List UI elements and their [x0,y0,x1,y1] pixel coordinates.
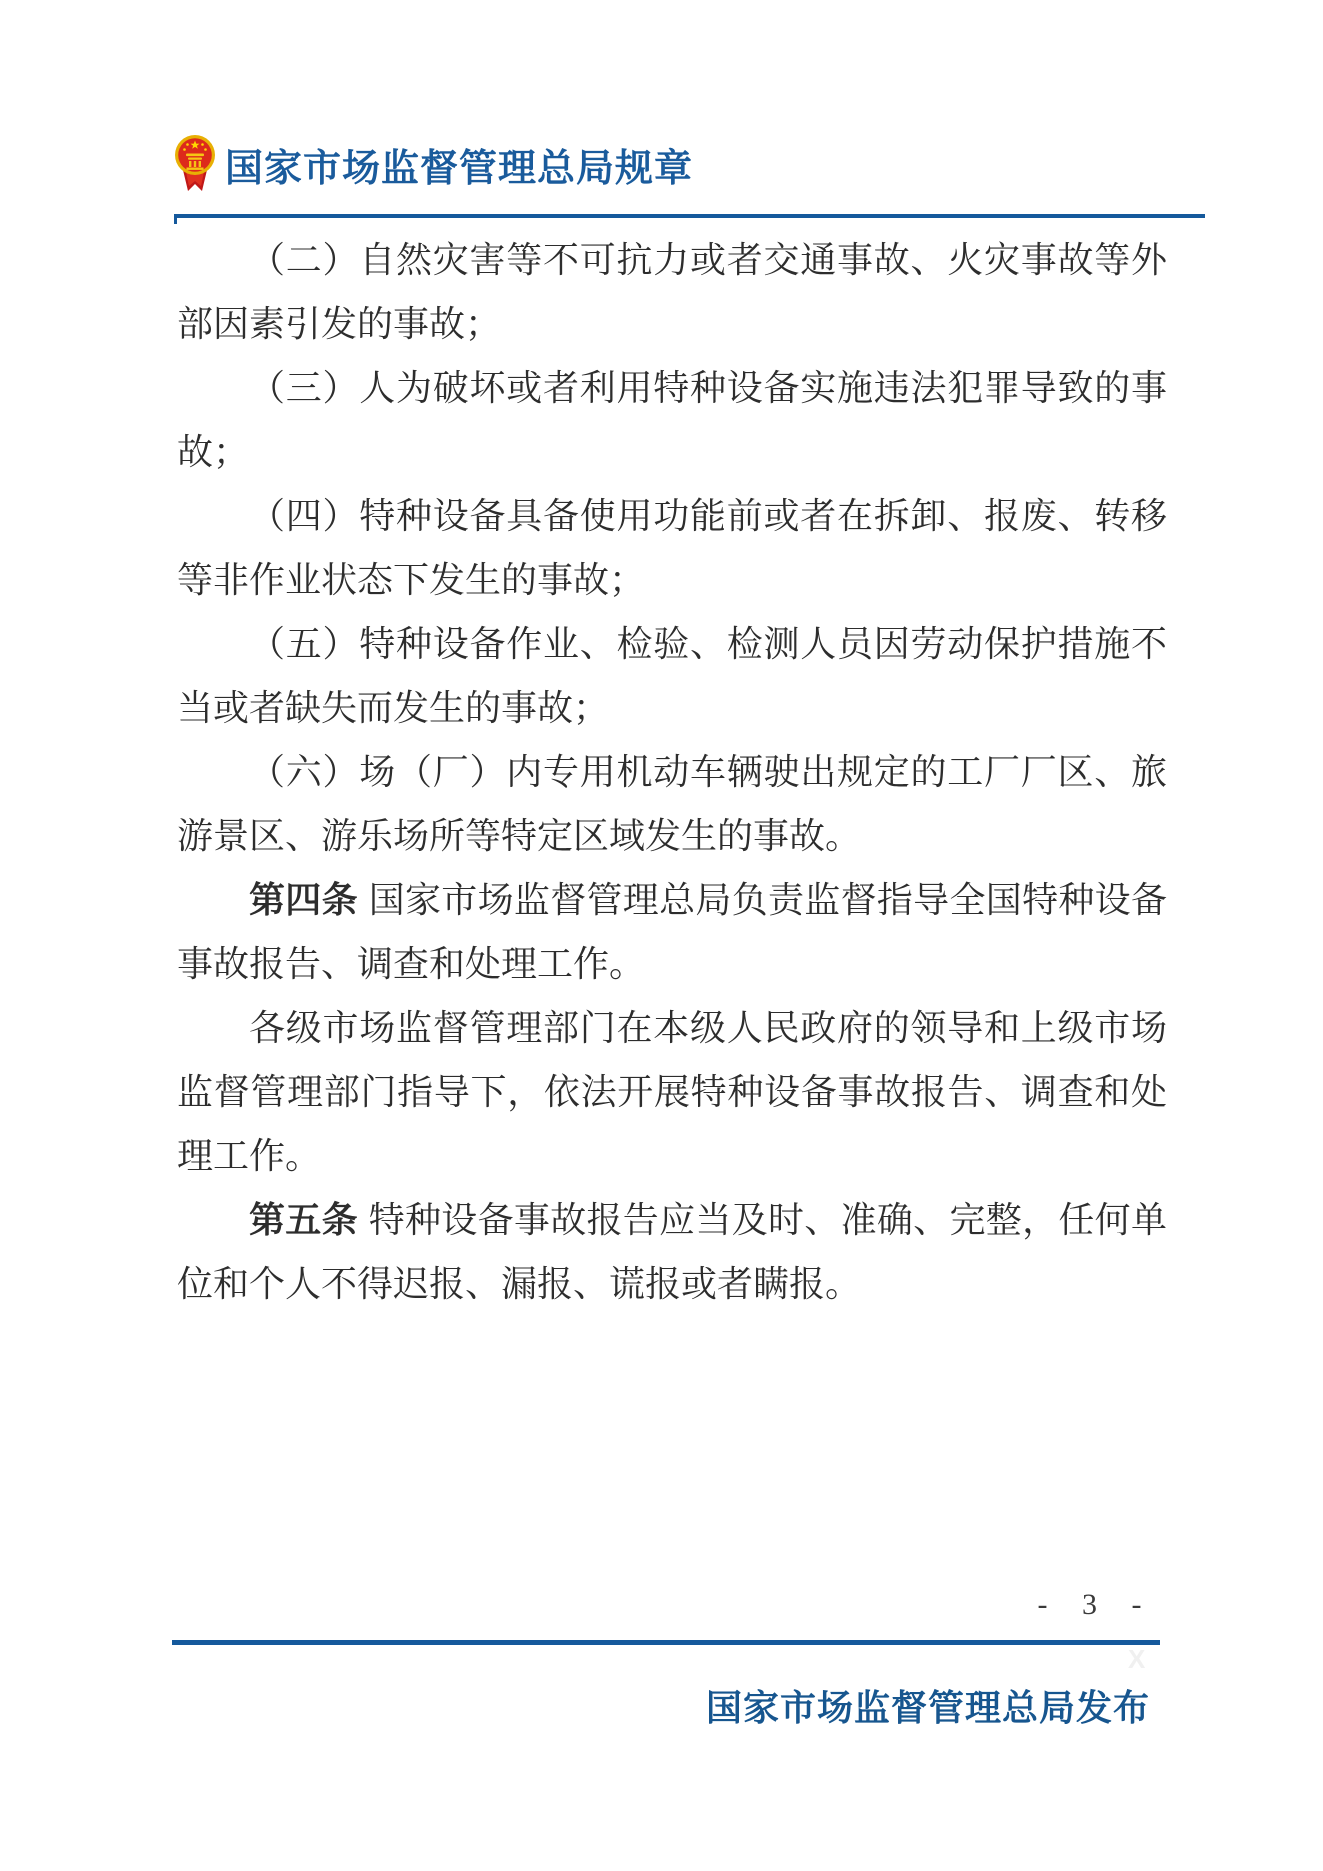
document-page: 国家市场监督管理总局规章 （二）自然灾害等不可抗力或者交通事故、火灾事故等外部因… [0,0,1323,1871]
paragraph-item-3: （三）人为破坏或者利用特种设备实施违法犯罪导致的事故； [177,356,1167,484]
paragraph-article-4: 第四条国家市场监督管理总局负责监督指导全国特种设备事故报告、调查和处理工作。 [177,868,1167,996]
paragraph-text: （四）特种设备具备使用功能前或者在拆卸、报废、转移等非作业状态下发生的事故； [177,496,1167,600]
paragraph-text: （三）人为破坏或者利用特种设备实施违法犯罪导致的事故； [177,368,1167,472]
footer-divider [172,1640,1160,1645]
document-body: （二）自然灾害等不可抗力或者交通事故、火灾事故等外部因素引发的事故； （三）人为… [177,228,1167,1316]
watermark-x: X [1128,1644,1145,1675]
page-number: - 3 - [1038,1588,1155,1622]
national-emblem-icon [174,134,216,194]
article-number: 第四条 [249,879,358,920]
footer-publisher: 国家市场监督管理总局发布 [706,1680,1150,1731]
paragraph-text: （二）自然灾害等不可抗力或者交通事故、火灾事故等外部因素引发的事故； [177,240,1167,344]
paragraph-article-4-cont: 各级市场监督管理部门在本级人民政府的领导和上级市场监督管理部门指导下，依法开展特… [177,996,1167,1188]
paragraph-text: （五）特种设备作业、检验、检测人员因劳动保护措施不当或者缺失而发生的事故； [177,624,1167,728]
paragraph-item-6: （六）场（厂）内专用机动车辆驶出规定的工厂厂区、旅游景区、游乐场所等特定区域发生… [177,740,1167,868]
header-title: 国家市场监督管理总局规章 [225,137,693,192]
article-number: 第五条 [249,1199,358,1240]
paragraph-text: （六）场（厂）内专用机动车辆驶出规定的工厂厂区、旅游景区、游乐场所等特定区域发生… [177,752,1167,856]
header-divider [174,214,1205,218]
paragraph-item-4: （四）特种设备具备使用功能前或者在拆卸、报废、转移等非作业状态下发生的事故； [177,484,1167,612]
paragraph-article-5: 第五条特种设备事故报告应当及时、准确、完整，任何单位和个人不得迟报、漏报、谎报或… [177,1188,1167,1316]
paragraph-text: 各级市场监督管理部门在本级人民政府的领导和上级市场监督管理部门指导下，依法开展特… [177,1008,1167,1176]
paragraph-item-5: （五）特种设备作业、检验、检测人员因劳动保护措施不当或者缺失而发生的事故； [177,612,1167,740]
document-header: 国家市场监督管理总局规章 [174,134,693,194]
paragraph-item-2: （二）自然灾害等不可抗力或者交通事故、火灾事故等外部因素引发的事故； [177,228,1167,356]
